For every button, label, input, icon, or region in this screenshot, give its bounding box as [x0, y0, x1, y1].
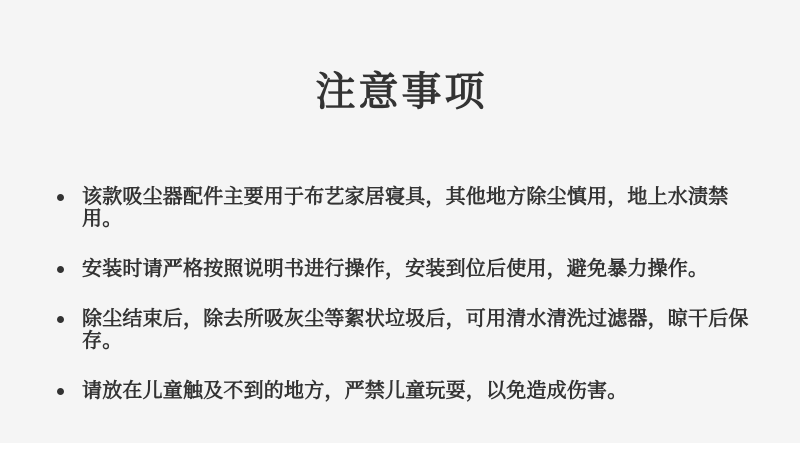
list-item-text: 除尘结束后，除去所吸灰尘等絮状垃圾后，可用清水清洗过滤器，晾干后保存。 — [82, 308, 757, 352]
list-item: 请放在儿童触及不到的地方，严禁儿童玩耍，以免造成伤害。 — [57, 380, 757, 402]
precautions-image: 注意事项 该款吸尘器配件主要用于布艺家居寝具，其他地方除尘慎用，地上水渍禁用。 … — [0, 0, 800, 464]
page-title: 注意事项 — [0, 68, 800, 116]
precautions-list: 该款吸尘器配件主要用于布艺家居寝具，其他地方除尘慎用，地上水渍禁用。 安装时请严… — [57, 186, 757, 430]
gray-background-panel: 注意事项 该款吸尘器配件主要用于布艺家居寝具，其他地方除尘慎用，地上水渍禁用。 … — [0, 0, 800, 443]
list-item: 该款吸尘器配件主要用于布艺家居寝具，其他地方除尘慎用，地上水渍禁用。 — [57, 186, 757, 230]
bottom-white-strip — [0, 443, 800, 464]
list-item-text: 请放在儿童触及不到的地方，严禁儿童玩耍，以免造成伤害。 — [82, 380, 627, 402]
bullet-icon — [57, 388, 64, 395]
bullet-icon — [57, 266, 64, 273]
list-item: 除尘结束后，除去所吸灰尘等絮状垃圾后，可用清水清洗过滤器，晾干后保存。 — [57, 308, 757, 352]
list-item-text: 安装时请严格按照说明书进行操作，安装到位后使用，避免暴力操作。 — [82, 258, 708, 280]
bullet-icon — [57, 316, 64, 323]
list-item-text: 该款吸尘器配件主要用于布艺家居寝具，其他地方除尘慎用，地上水渍禁用。 — [82, 186, 757, 230]
bullet-icon — [57, 194, 64, 201]
list-item: 安装时请严格按照说明书进行操作，安装到位后使用，避免暴力操作。 — [57, 258, 757, 280]
